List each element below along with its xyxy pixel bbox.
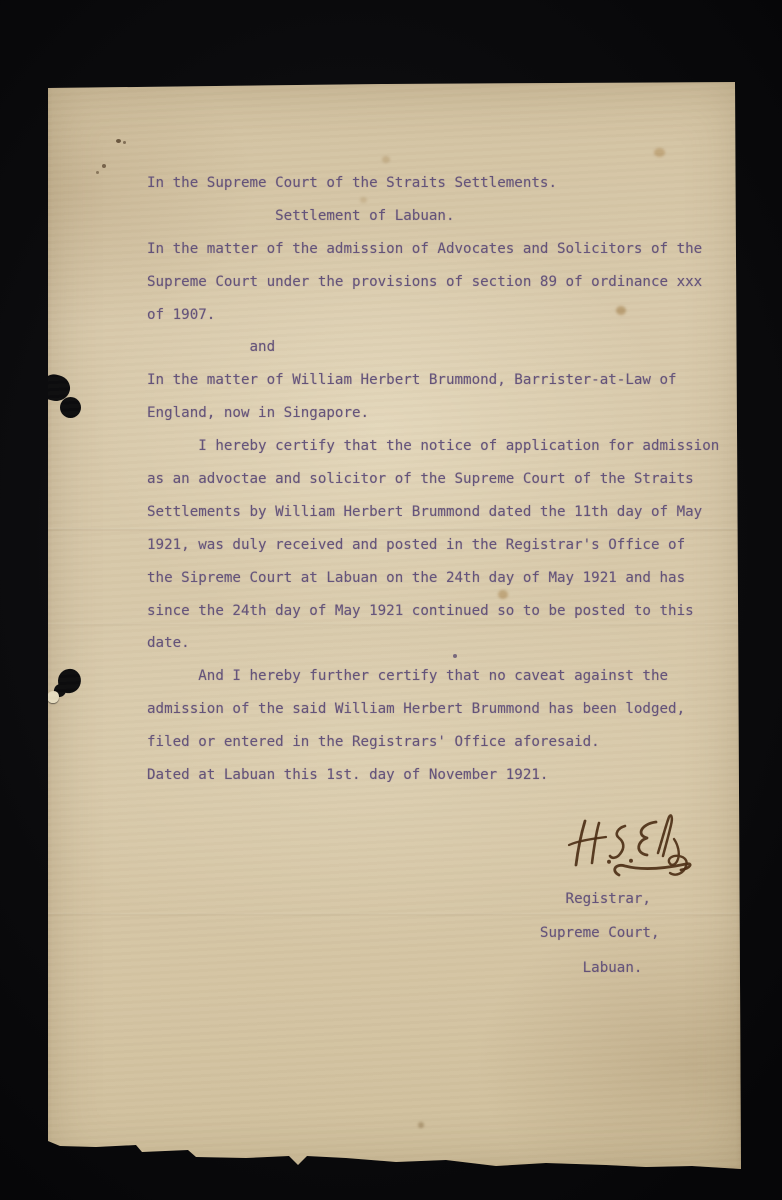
registrar-signature bbox=[562, 811, 702, 893]
typed-line: the Sipreme Court at Labuan on the 24th … bbox=[147, 562, 733, 595]
closing-block: Registrar, Supreme Court, Labuan. bbox=[147, 882, 733, 985]
typed-line: Dated at Labuan this 1st. day of Novembe… bbox=[147, 759, 733, 792]
typed-line: And I hereby further certify that no cav… bbox=[147, 660, 733, 693]
foxing-spot bbox=[382, 156, 390, 163]
typed-line: date. bbox=[147, 627, 733, 660]
typed-line: since the 24th day of May 1921 continued… bbox=[147, 595, 733, 628]
punch-hole-top bbox=[60, 397, 81, 418]
typed-line: 1921, was duly received and posted in th… bbox=[147, 529, 733, 562]
typed-line: filed or entered in the Registrars' Offi… bbox=[147, 726, 733, 759]
typed-line: Settlement of Labuan. bbox=[147, 200, 733, 233]
foxing-spot bbox=[654, 148, 665, 157]
ink-speck bbox=[102, 164, 106, 168]
closing-line: Labuan. bbox=[147, 951, 733, 985]
document-page: In the Supreme Court of the Straits Sett… bbox=[46, 80, 742, 1172]
typed-line: Settlements by William Herbert Brummond … bbox=[147, 496, 733, 529]
typed-line: In the Supreme Court of the Straits Sett… bbox=[147, 167, 733, 200]
typed-line: England, now in Singapore. bbox=[147, 397, 733, 430]
typed-line: Supreme Court under the provisions of se… bbox=[147, 266, 733, 299]
ink-speck bbox=[123, 141, 126, 144]
typed-line: admission of the said William Herbert Br… bbox=[147, 693, 733, 726]
ink-speck bbox=[96, 171, 99, 174]
typed-line: and bbox=[147, 331, 733, 364]
foxing-spot bbox=[418, 1122, 424, 1128]
typed-line: In the matter of the admission of Advoca… bbox=[147, 233, 733, 266]
ink-speck bbox=[116, 139, 121, 143]
paper-chad bbox=[47, 691, 59, 703]
typed-body: In the Supreme Court of the Straits Sett… bbox=[147, 167, 733, 792]
typed-line: I hereby certify that the notice of appl… bbox=[147, 430, 733, 463]
typed-line: as an advoctae and solicitor of the Supr… bbox=[147, 463, 733, 496]
scan-background: In the Supreme Court of the Straits Sett… bbox=[0, 0, 782, 1200]
typed-line: In the matter of William Herbert Brummon… bbox=[147, 364, 733, 397]
closing-line: Supreme Court, bbox=[147, 916, 733, 950]
typed-line: of 1907. bbox=[147, 299, 733, 332]
closing-line: Registrar, bbox=[147, 882, 733, 916]
